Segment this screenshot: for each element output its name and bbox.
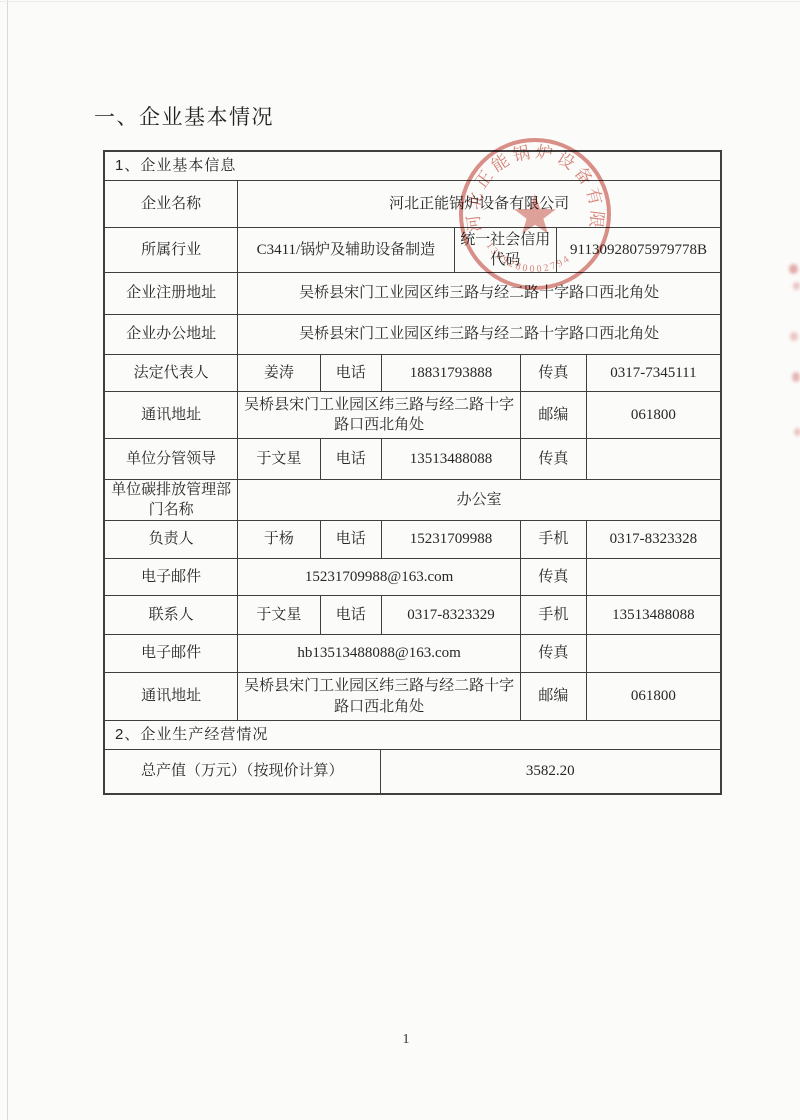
row-mailing-address-1: 通讯地址 吴桥县宋门工业园区纬三路与经二路十字路口西北角处 邮编 061800 [105, 392, 720, 439]
row-email-2: 电子邮件 hb13513488088@163.com 传真 [105, 635, 720, 673]
page-title: 一、企业基本情况 [94, 101, 274, 131]
legal-rep-name: 姜涛 [238, 355, 320, 391]
row-legal-representative: 法定代表人 姜涛 电话 18831793888 传真 0317-7345111 [105, 355, 720, 392]
responsible-person-name: 于杨 [238, 521, 320, 558]
red-ink-fragment [792, 372, 800, 382]
contact-person-phone-value: 0317-8323329 [382, 596, 521, 634]
scan-edge-line [7, 0, 8, 1120]
contact-person-label: 联系人 [105, 596, 238, 634]
scanned-document-page: 一、企业基本情况 1、企业基本信息 企业名称 河北正能锅炉设备有限公司 所属行业… [0, 0, 800, 1120]
legal-rep-fax-value: 0317-7345111 [587, 355, 720, 391]
contact-person-name: 于文星 [238, 596, 320, 634]
red-ink-fragment [793, 282, 800, 290]
legal-rep-fax-label: 传真 [521, 355, 587, 391]
gross-output-label: 总产值（万元）（按现价计算） [105, 750, 381, 793]
office-address-label: 企业办公地址 [105, 315, 238, 354]
row-carbon-dept: 单位碳排放管理部门名称 办公室 [105, 480, 720, 521]
industry-label: 所属行业 [105, 228, 238, 272]
red-ink-fragment [794, 428, 800, 436]
contact-person-mobile-value: 13513488088 [587, 596, 720, 634]
mailing-address-2-zip-label: 邮编 [521, 673, 587, 720]
row-contact-person: 联系人 于文星 电话 0317-8323329 手机 13513488088 [105, 596, 720, 635]
carbon-dept-value: 办公室 [238, 480, 720, 520]
legal-rep-label: 法定代表人 [105, 355, 238, 391]
division-leader-name: 于文星 [238, 439, 320, 479]
section-basic-info-title: 1、企业基本信息 [105, 152, 720, 180]
email-2-fax-value [587, 635, 720, 672]
contact-person-phone-label: 电话 [321, 596, 383, 634]
mailing-address-1-value: 吴桥县宋门工业园区纬三路与经二路十字路口西北角处 [238, 392, 521, 438]
mailing-address-2-label: 通讯地址 [105, 673, 238, 720]
responsible-person-mobile-value: 0317-8323328 [587, 521, 720, 558]
uscc-label: 统一社会信用代码 [455, 228, 557, 272]
row-industry: 所属行业 C3411/锅炉及辅助设备制造 统一社会信用代码 9113092807… [105, 228, 720, 273]
office-address-value: 吴桥县宋门工业园区纬三路与经二路十字路口西北角处 [238, 315, 720, 354]
email-1-label: 电子邮件 [105, 559, 238, 595]
section-production-row: 2、企业生产经营情况 [105, 721, 720, 750]
registered-address-label: 企业注册地址 [105, 273, 238, 314]
division-leader-phone-label: 电话 [321, 439, 383, 479]
row-email-1: 电子邮件 15231709988@163.com 传真 [105, 559, 720, 596]
row-office-address: 企业办公地址 吴桥县宋门工业园区纬三路与经二路十字路口西北角处 [105, 315, 720, 355]
carbon-dept-label: 单位碳排放管理部门名称 [105, 480, 238, 520]
division-leader-label: 单位分管领导 [105, 439, 238, 479]
uscc-value: 91130928075979778B [557, 228, 720, 272]
company-name-value: 河北正能锅炉设备有限公司 [238, 181, 720, 227]
row-company-name: 企业名称 河北正能锅炉设备有限公司 [105, 181, 720, 228]
gross-output-value: 3582.20 [381, 750, 720, 793]
section-basic-info-row: 1、企业基本信息 [105, 152, 720, 181]
email-1-fax-label: 传真 [521, 559, 587, 595]
scan-edge-line-top [0, 1, 800, 2]
legal-rep-phone-label: 电话 [321, 355, 383, 391]
responsible-person-mobile-label: 手机 [521, 521, 587, 558]
enterprise-info-table: 1、企业基本信息 企业名称 河北正能锅炉设备有限公司 所属行业 C3411/锅炉… [103, 150, 722, 795]
mailing-address-2-zip-value: 061800 [587, 673, 720, 720]
division-leader-fax-value [587, 439, 720, 479]
division-leader-phone-value: 13513488088 [382, 439, 521, 479]
row-responsible-person: 负责人 于杨 电话 15231709988 手机 0317-8323328 [105, 521, 720, 559]
row-gross-output: 总产值（万元）（按现价计算） 3582.20 [105, 750, 720, 793]
mailing-address-2-value: 吴桥县宋门工业园区纬三路与经二路十字路口西北角处 [238, 673, 521, 720]
legal-rep-phone-value: 18831793888 [382, 355, 521, 391]
section-production-title: 2、企业生产经营情况 [105, 721, 720, 749]
responsible-person-phone-label: 电话 [321, 521, 383, 558]
mailing-address-1-zip-label: 邮编 [521, 392, 587, 438]
mailing-address-1-zip-value: 061800 [587, 392, 720, 438]
row-division-leader: 单位分管领导 于文星 电话 13513488088 传真 [105, 439, 720, 480]
email-2-label: 电子邮件 [105, 635, 238, 672]
registered-address-value: 吴桥县宋门工业园区纬三路与经二路十字路口西北角处 [238, 273, 720, 314]
email-1-value: 15231709988@163.com [238, 559, 521, 595]
red-ink-fragment [789, 264, 798, 274]
industry-value: C3411/锅炉及辅助设备制造 [238, 228, 454, 272]
company-name-label: 企业名称 [105, 181, 238, 227]
responsible-person-label: 负责人 [105, 521, 238, 558]
mailing-address-1-label: 通讯地址 [105, 392, 238, 438]
responsible-person-phone-value: 15231709988 [382, 521, 521, 558]
email-2-value: hb13513488088@163.com [238, 635, 521, 672]
division-leader-fax-label: 传真 [521, 439, 587, 479]
row-mailing-address-2: 通讯地址 吴桥县宋门工业园区纬三路与经二路十字路口西北角处 邮编 061800 [105, 673, 720, 721]
email-2-fax-label: 传真 [521, 635, 587, 672]
page-number: 1 [0, 1032, 800, 1048]
row-registered-address: 企业注册地址 吴桥县宋门工业园区纬三路与经二路十字路口西北角处 [105, 273, 720, 315]
email-1-fax-value [587, 559, 720, 595]
contact-person-mobile-label: 手机 [521, 596, 587, 634]
red-ink-fragment [790, 332, 798, 341]
